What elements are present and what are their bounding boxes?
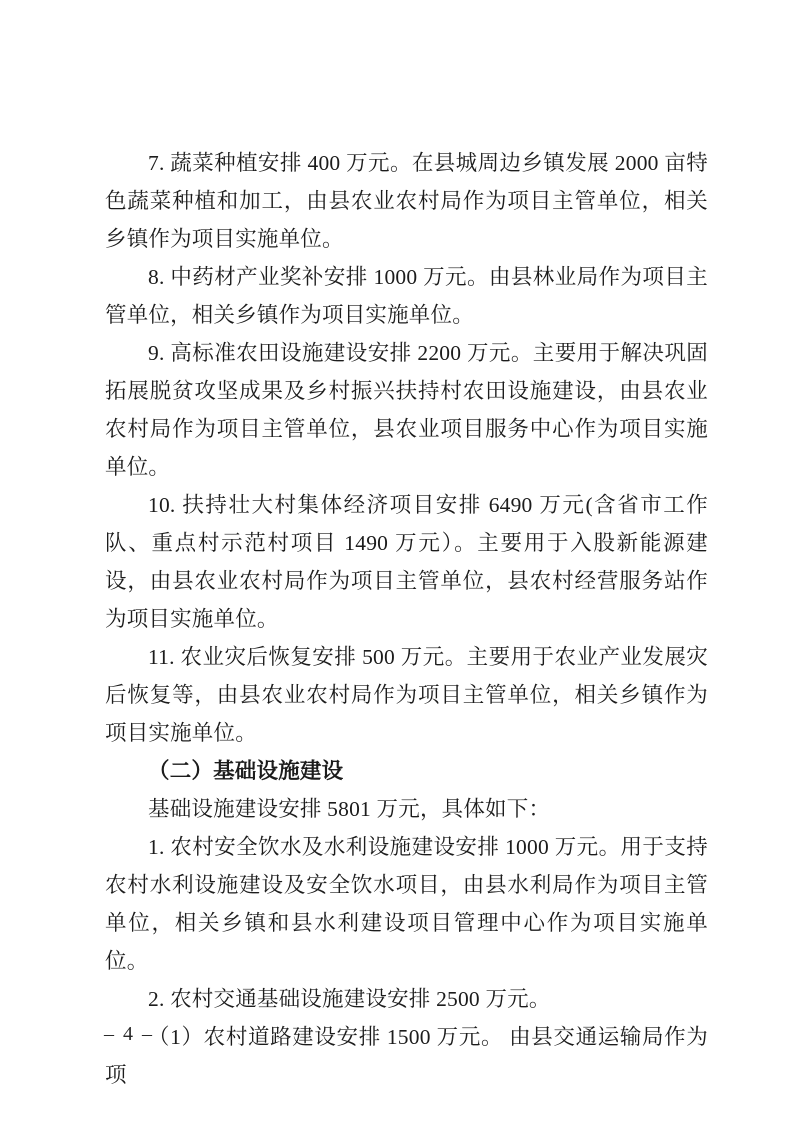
section-heading-infrastructure: （二）基础设施建设 [105,752,708,790]
paragraph-rural-roads: （1）农村道路建设安排 1500 万元。 由县交通运输局作为项 [105,1018,708,1094]
document-body: 7. 蔬菜种植安排 400 万元。在县城周边乡镇发展 2000 亩特色蔬菜种植和… [105,144,708,1094]
paragraph-vegetable-planting: 7. 蔬菜种植安排 400 万元。在县城周边乡镇发展 2000 亩特色蔬菜种植和… [105,144,708,258]
paragraph-farmland-facilities: 9. 高标准农田设施建设安排 2200 万元。主要用于解决巩固拓展脱贫攻坚成果及… [105,334,708,486]
document-page: 7. 蔬菜种植安排 400 万元。在县城周边乡镇发展 2000 亩特色蔬菜种植和… [0,0,793,1122]
paragraph-disaster-recovery: 11. 农业灾后恢复安排 500 万元。主要用于农业产业发展灾后恢复等，由县农业… [105,638,708,752]
paragraph-herbal-medicine: 8. 中药材产业奖补安排 1000 万元。由县林业局作为项目主管单位，相关乡镇作… [105,258,708,334]
page-number: – 4 – [104,1018,154,1050]
paragraph-village-collective-economy: 10. 扶持壮大村集体经济项目安排 6490 万元(含省市工作队、重点村示范村项… [105,486,708,638]
paragraph-drinking-water: 1. 农村安全饮水及水利设施建设安排 1000 万元。用于支持农村水利设施建设及… [105,828,708,980]
paragraph-rural-transport: 2. 农村交通基础设施建设安排 2500 万元。 [105,980,708,1018]
paragraph-infrastructure-intro: 基础设施建设安排 5801 万元，具体如下： [105,790,708,828]
